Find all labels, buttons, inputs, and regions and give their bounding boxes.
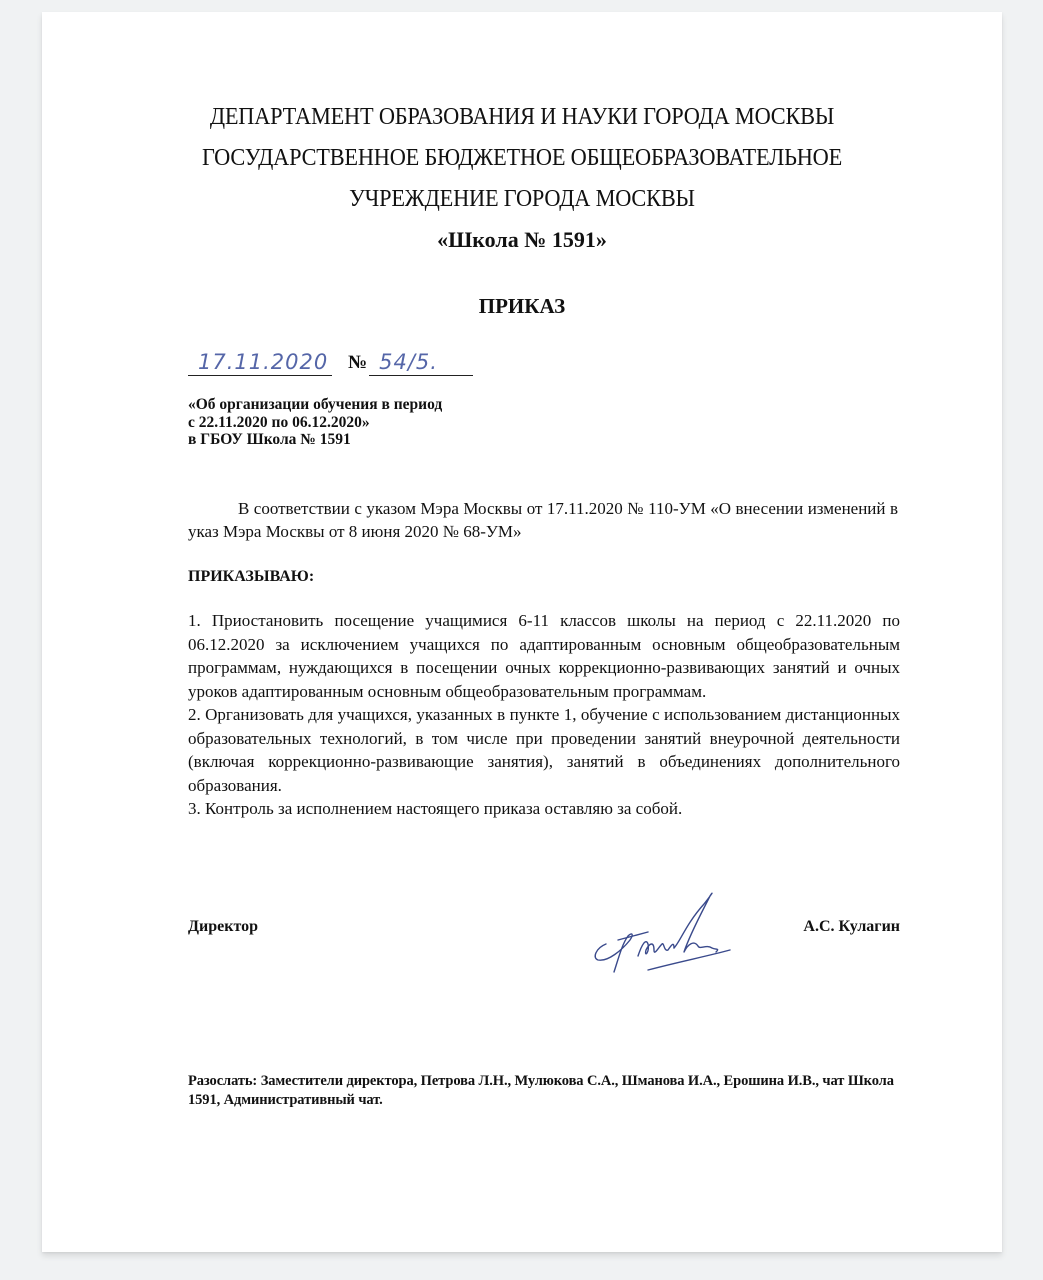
directive-item: 3. Контроль за исполнением настоящего пр… [188,797,900,821]
handwritten-signature-icon [588,886,758,986]
preamble-paragraph: В соответствии с указом Мэра Москвы от 1… [188,497,898,543]
document-header: ДЕПАРТАМЕНТ ОБРАЗОВАНИЯ И НАУКИ ГОРОДА М… [42,97,1002,260]
directive-items: 1. Приостановить посещение учащимися 6-1… [188,609,900,821]
directive-item: 1. Приостановить посещение учащимися 6-1… [188,609,900,703]
order-date-number-line: 17.11.2020 № 54/5. [188,342,473,376]
distribution-list: Разослать: Заместители директора, Петров… [188,1072,908,1110]
order-subject: «Об организации обучения в период с 22.1… [188,396,442,449]
document-page: ДЕПАРТАМЕНТ ОБРАЗОВАНИЯ И НАУКИ ГОРОДА М… [42,12,1002,1252]
subject-line: «Об организации обучения в период [188,396,442,414]
directive-item: 2. Организовать для учащихся, указанных … [188,703,900,797]
school-name: «Школа № 1591» [42,220,1002,260]
order-date: 17.11.2020 [188,349,332,376]
signatory-name: А.С. Кулагин [803,918,900,936]
institution-city: УЧРЕЖДЕНИЕ ГОРОДА МОСКВЫ [76,179,969,220]
preamble-text: В соответствии с указом Мэра Москвы от 1… [188,499,898,541]
directive-heading: ПРИКАЗЫВАЮ: [188,568,314,586]
signatory-position: Директор [188,918,258,936]
order-number: 54/5. [369,349,473,376]
subject-line: с 22.11.2020 по 06.12.2020» [188,414,442,432]
number-sign: № [348,350,367,376]
subject-line: в ГБОУ Школа № 1591 [188,431,442,449]
order-title: ПРИКАЗ [42,294,1002,319]
institution-type: ГОСУДАРСТВЕННОЕ БЮДЖЕТНОЕ ОБЩЕОБРАЗОВАТЕ… [76,138,969,179]
department-name: ДЕПАРТАМЕНТ ОБРАЗОВАНИЯ И НАУКИ ГОРОДА М… [76,97,969,138]
